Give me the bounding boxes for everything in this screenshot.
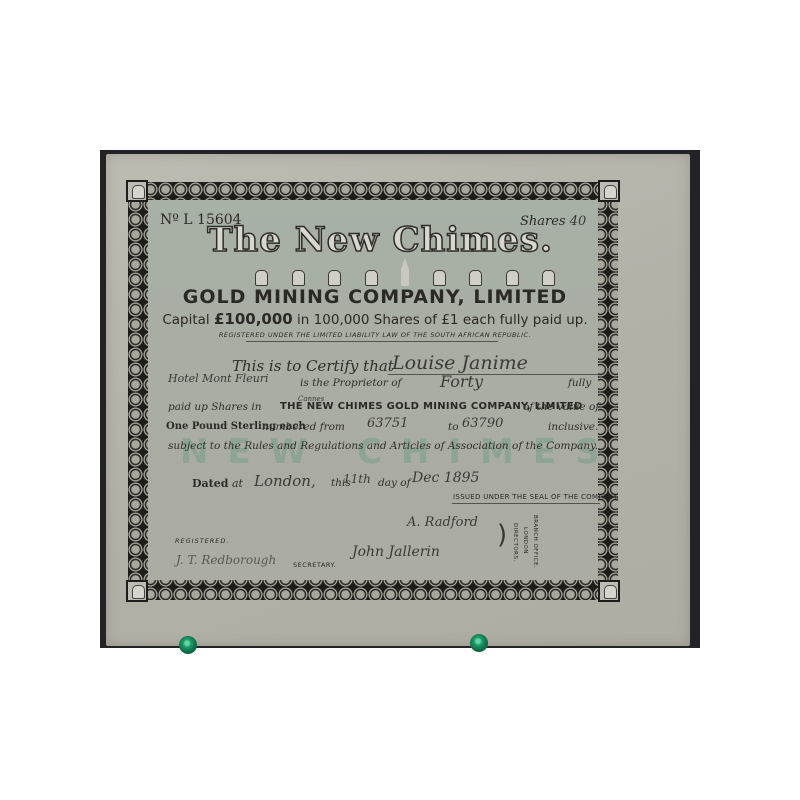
- bell-icon: [598, 580, 620, 602]
- bell-icon: [469, 270, 482, 286]
- watermark: NEW CHIMES: [180, 432, 600, 472]
- issued-under-seal: ISSUED UNDER THE SEAL OF THE COMPANY.: [453, 493, 619, 501]
- issue-month-year: Dec 1895: [412, 470, 479, 486]
- capital-line: Capital £100,000 in 100,000 Shares of £1…: [150, 310, 600, 328]
- bell-icon: [126, 180, 148, 202]
- issue-city: London,: [254, 472, 316, 490]
- paid-up-text: paid up Shares in: [168, 401, 262, 413]
- registration-law-note: REGISTERED UNDER THE LIMITED LIABILITY L…: [150, 331, 600, 339]
- shares-value: 40: [570, 214, 587, 229]
- push-pin: [179, 636, 197, 654]
- to-text: to: [448, 421, 459, 433]
- director-signature: John Jallerin: [352, 544, 440, 560]
- fully-text: fully: [568, 377, 591, 389]
- bell-icon: [365, 270, 378, 286]
- bracket: ): [497, 520, 507, 550]
- registrar-signature: J. T. Redborough: [176, 553, 276, 567]
- share-number-to: 63790: [462, 416, 503, 431]
- issue-day: 11th: [343, 472, 371, 486]
- company-name-heading: GOLD MINING COMPANY, LIMITED: [150, 286, 600, 308]
- capital-amount: £100,000: [214, 310, 293, 328]
- day-of-text: day of: [378, 477, 410, 489]
- divider: [388, 374, 598, 375]
- shares-in-words: Forty: [440, 372, 483, 391]
- holder-name: Louise Janime: [392, 352, 528, 374]
- london-label: LONDON: [522, 527, 528, 554]
- bell-icon: [598, 180, 620, 202]
- church-spire-icon: [401, 258, 409, 286]
- value-of-text: of the value of: [523, 401, 599, 413]
- director-signature: A. Radford: [407, 515, 478, 530]
- proprietor-text: is the Proprietor of: [300, 377, 401, 389]
- bell-icon: [433, 270, 446, 286]
- holder-address: Hotel Mont Fleuri: [168, 372, 269, 385]
- bell-icon: [506, 270, 519, 286]
- bells-illustration: [255, 258, 555, 286]
- registered-label: REGISTERED.: [175, 537, 229, 545]
- bell-icon: [542, 270, 555, 286]
- directors-label: DIRECTORS.: [512, 523, 518, 562]
- divider: [452, 503, 600, 504]
- bell-icon: [328, 270, 341, 286]
- branch-office-label: BRANCH OFFICE.: [532, 515, 538, 568]
- share-number-from: 63751: [367, 416, 408, 431]
- bell-icon: [292, 270, 305, 286]
- numbered-from-text: numbered from: [262, 421, 345, 433]
- push-pin: [470, 634, 488, 652]
- certificate-title: The New Chimes.: [200, 220, 560, 260]
- divider: [246, 341, 498, 342]
- bell-icon: [126, 580, 148, 602]
- serial-prefix: Nº L: [160, 212, 193, 228]
- dated-line: Dated at: [192, 477, 243, 490]
- secretary-label: SECRETARY.: [293, 561, 336, 569]
- bell-icon: [255, 270, 268, 286]
- inclusive-text: inclusive.: [548, 421, 598, 433]
- subject-to-rules-text: subject to the Rules and Regulations and…: [168, 440, 598, 452]
